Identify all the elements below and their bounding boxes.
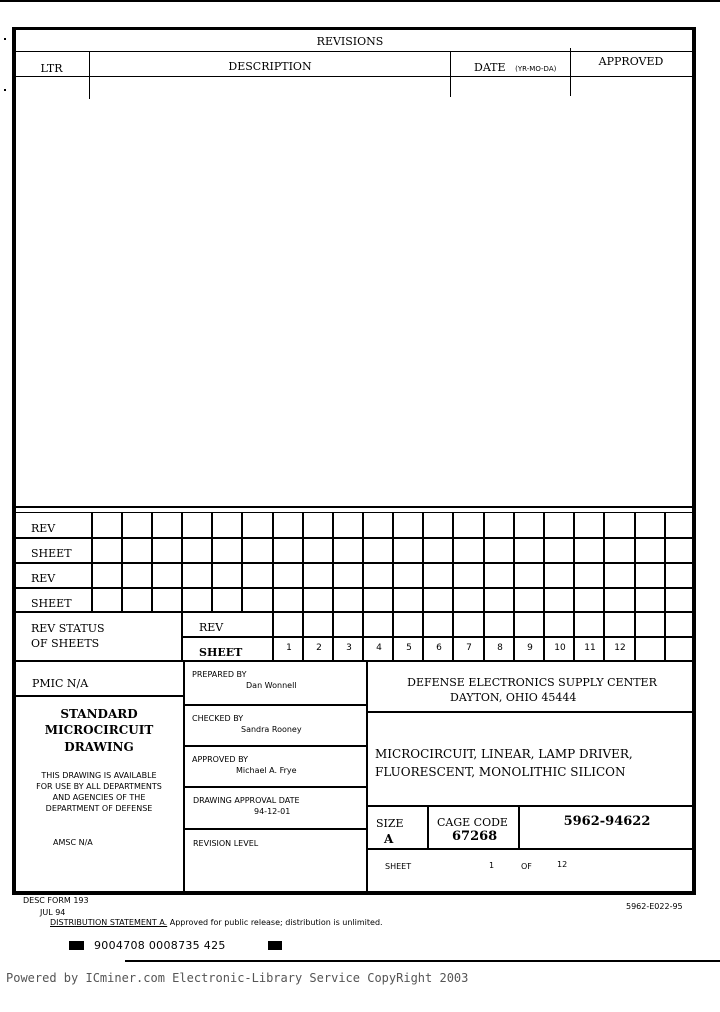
barcode-block-left xyxy=(69,941,84,950)
total-sheets: 12 xyxy=(557,861,567,869)
barcode-text: 9004708 0008735 425 xyxy=(94,940,226,951)
grid-row-label: REV xyxy=(31,523,55,534)
checked-line xyxy=(184,745,366,747)
standard-line-2: MICROCIRCUIT xyxy=(14,724,184,736)
distribution-statement: DISTRIBUTION STATEMENT A. Approved for p… xyxy=(50,919,383,927)
grid-line xyxy=(14,512,694,513)
grid-line xyxy=(121,512,123,612)
block-divider-mid xyxy=(366,660,368,892)
title-line-2: FLUORESCENT, MONOLITHIC SILICON xyxy=(375,766,625,778)
grid-line xyxy=(634,512,636,662)
grid-line xyxy=(14,660,694,662)
date-divider xyxy=(450,51,451,97)
powered-by: Powered by ICminer.com Electronic-Librar… xyxy=(6,972,468,984)
sheet-number: 10 xyxy=(545,644,575,653)
revision-level-label: REVISION LEVEL xyxy=(193,840,258,848)
size-value: A xyxy=(384,833,393,845)
availability-line: AND AGENCIES OF THE xyxy=(14,794,184,802)
grid-line xyxy=(452,512,454,662)
grid-line xyxy=(483,512,485,662)
grid-line xyxy=(241,512,243,612)
distribution-text: Approved for public release; distributio… xyxy=(167,918,382,927)
grid-line xyxy=(14,562,694,564)
agency-line xyxy=(367,711,694,713)
availability-line: FOR USE BY ALL DEPARTMENTS xyxy=(14,783,184,791)
prepared-line xyxy=(184,704,366,706)
sheet-number-value: 1 xyxy=(489,862,494,870)
approved-by-name: Michael A. Frye xyxy=(236,767,297,775)
size-divider xyxy=(427,805,429,848)
grid-line xyxy=(14,537,694,539)
grid-line xyxy=(151,512,153,612)
sheet-number: 5 xyxy=(394,644,424,653)
ident-line-top xyxy=(367,805,694,807)
grid-line xyxy=(664,512,666,662)
frame-bottom xyxy=(12,891,696,895)
sheet-number: 6 xyxy=(424,644,454,653)
rev-status-sheet-label: SHEET xyxy=(199,647,242,658)
scan-edge xyxy=(0,0,720,2)
cage-code-value: 67268 xyxy=(452,830,497,843)
date-format: (YR-MO-DA) xyxy=(515,65,556,73)
sheet-label: SHEET xyxy=(385,863,411,871)
approved-line xyxy=(184,786,366,788)
grid-line xyxy=(573,512,575,662)
frame-top xyxy=(12,27,696,30)
barcode-block-right xyxy=(268,941,282,950)
agency-location: DAYTON, OHIO 45444 xyxy=(450,692,576,703)
agency-name: DEFENSE ELECTRONICS SUPPLY CENTER xyxy=(367,677,697,688)
sheet-number: 7 xyxy=(454,644,484,653)
availability-line: DEPARTMENT OF DEFENSE xyxy=(14,805,184,813)
scan-mark xyxy=(4,38,6,40)
prepared-by-label: PREPARED BY xyxy=(192,671,246,679)
grid-row-label: REV xyxy=(31,573,55,584)
revisions-columns-line xyxy=(14,76,692,77)
sheet-number: 2 xyxy=(304,644,334,653)
grid-line xyxy=(14,587,694,589)
sheet-number: 9 xyxy=(515,644,545,653)
grid-line xyxy=(302,512,304,662)
standard-line-1: STANDARD xyxy=(14,708,184,720)
grid-line xyxy=(513,512,515,662)
sheet-number: 1 xyxy=(274,644,304,653)
cage-code-label: CAGE CODE xyxy=(437,817,508,828)
grid-line xyxy=(543,512,545,662)
frame-left xyxy=(12,28,16,895)
checked-by-label: CHECKED BY xyxy=(192,715,243,723)
rev-status-label-2: OF SHEETS xyxy=(31,638,99,649)
grid-line xyxy=(332,512,334,662)
of-label: OF xyxy=(521,863,532,871)
date-line xyxy=(184,828,366,830)
checked-by-name: Sandra Rooney xyxy=(241,726,302,734)
frame-right xyxy=(692,28,696,895)
form-date: JUL 94 xyxy=(40,909,65,917)
form-code: 5962-E022-95 xyxy=(626,903,683,911)
grid-line xyxy=(272,512,274,662)
grid-line xyxy=(181,512,183,662)
prepared-by-name: Dan Wonnell xyxy=(246,682,297,690)
scan-mark xyxy=(4,89,6,91)
grid-line xyxy=(14,611,694,613)
grid-line xyxy=(603,512,605,662)
pmic-line xyxy=(14,695,184,697)
grid-line xyxy=(211,512,213,612)
approval-date-label: DRAWING APPROVAL DATE xyxy=(193,797,300,805)
rev-status-rev-label: REV xyxy=(199,622,223,633)
form-id: DESC FORM 193 xyxy=(23,897,89,905)
grid-line xyxy=(362,512,364,662)
amsc: AMSC N/A xyxy=(53,839,93,847)
grid-line xyxy=(91,512,93,612)
ident-line-bottom xyxy=(367,848,694,850)
pmic: PMIC N/A xyxy=(32,678,88,689)
approval-date: 94-12-01 xyxy=(254,808,290,816)
grid-line xyxy=(14,506,694,508)
sheet-number: 11 xyxy=(575,644,605,653)
title-line-1: MICROCIRCUIT, LINEAR, LAMP DRIVER, xyxy=(375,748,633,760)
grid-line xyxy=(422,512,424,662)
grid-line xyxy=(392,512,394,662)
column-ltr: LTR xyxy=(14,63,89,74)
rev-status-label: REV STATUS xyxy=(31,623,105,634)
date-label: DATE xyxy=(474,61,506,74)
grid-row-label: SHEET xyxy=(31,548,72,559)
column-approved: APPROVED xyxy=(571,56,691,67)
sheet-number: 12 xyxy=(605,644,635,653)
sheet-number: 4 xyxy=(364,644,394,653)
grid-line xyxy=(182,636,694,638)
ltr-divider xyxy=(89,51,90,99)
column-description: DESCRIPTION xyxy=(90,61,450,72)
size-label: SIZE xyxy=(376,818,404,829)
distribution-label: DISTRIBUTION STATEMENT A. xyxy=(50,918,167,927)
grid-row-label: SHEET xyxy=(31,598,72,609)
page-rule xyxy=(125,960,720,962)
revisions-header-line xyxy=(14,51,692,52)
drawing-number: 5962-94622 xyxy=(520,815,694,828)
approved-by-label: APPROVED BY xyxy=(192,756,248,764)
revisions-title: REVISIONS xyxy=(0,36,700,47)
sheet-number: 3 xyxy=(334,644,364,653)
availability-line: THIS DRAWING IS AVAILABLE xyxy=(14,772,184,780)
sheet-number: 8 xyxy=(485,644,515,653)
column-date: DATE (YR-MO-DA) xyxy=(474,58,556,74)
standard-line-3: DRAWING xyxy=(14,741,184,753)
